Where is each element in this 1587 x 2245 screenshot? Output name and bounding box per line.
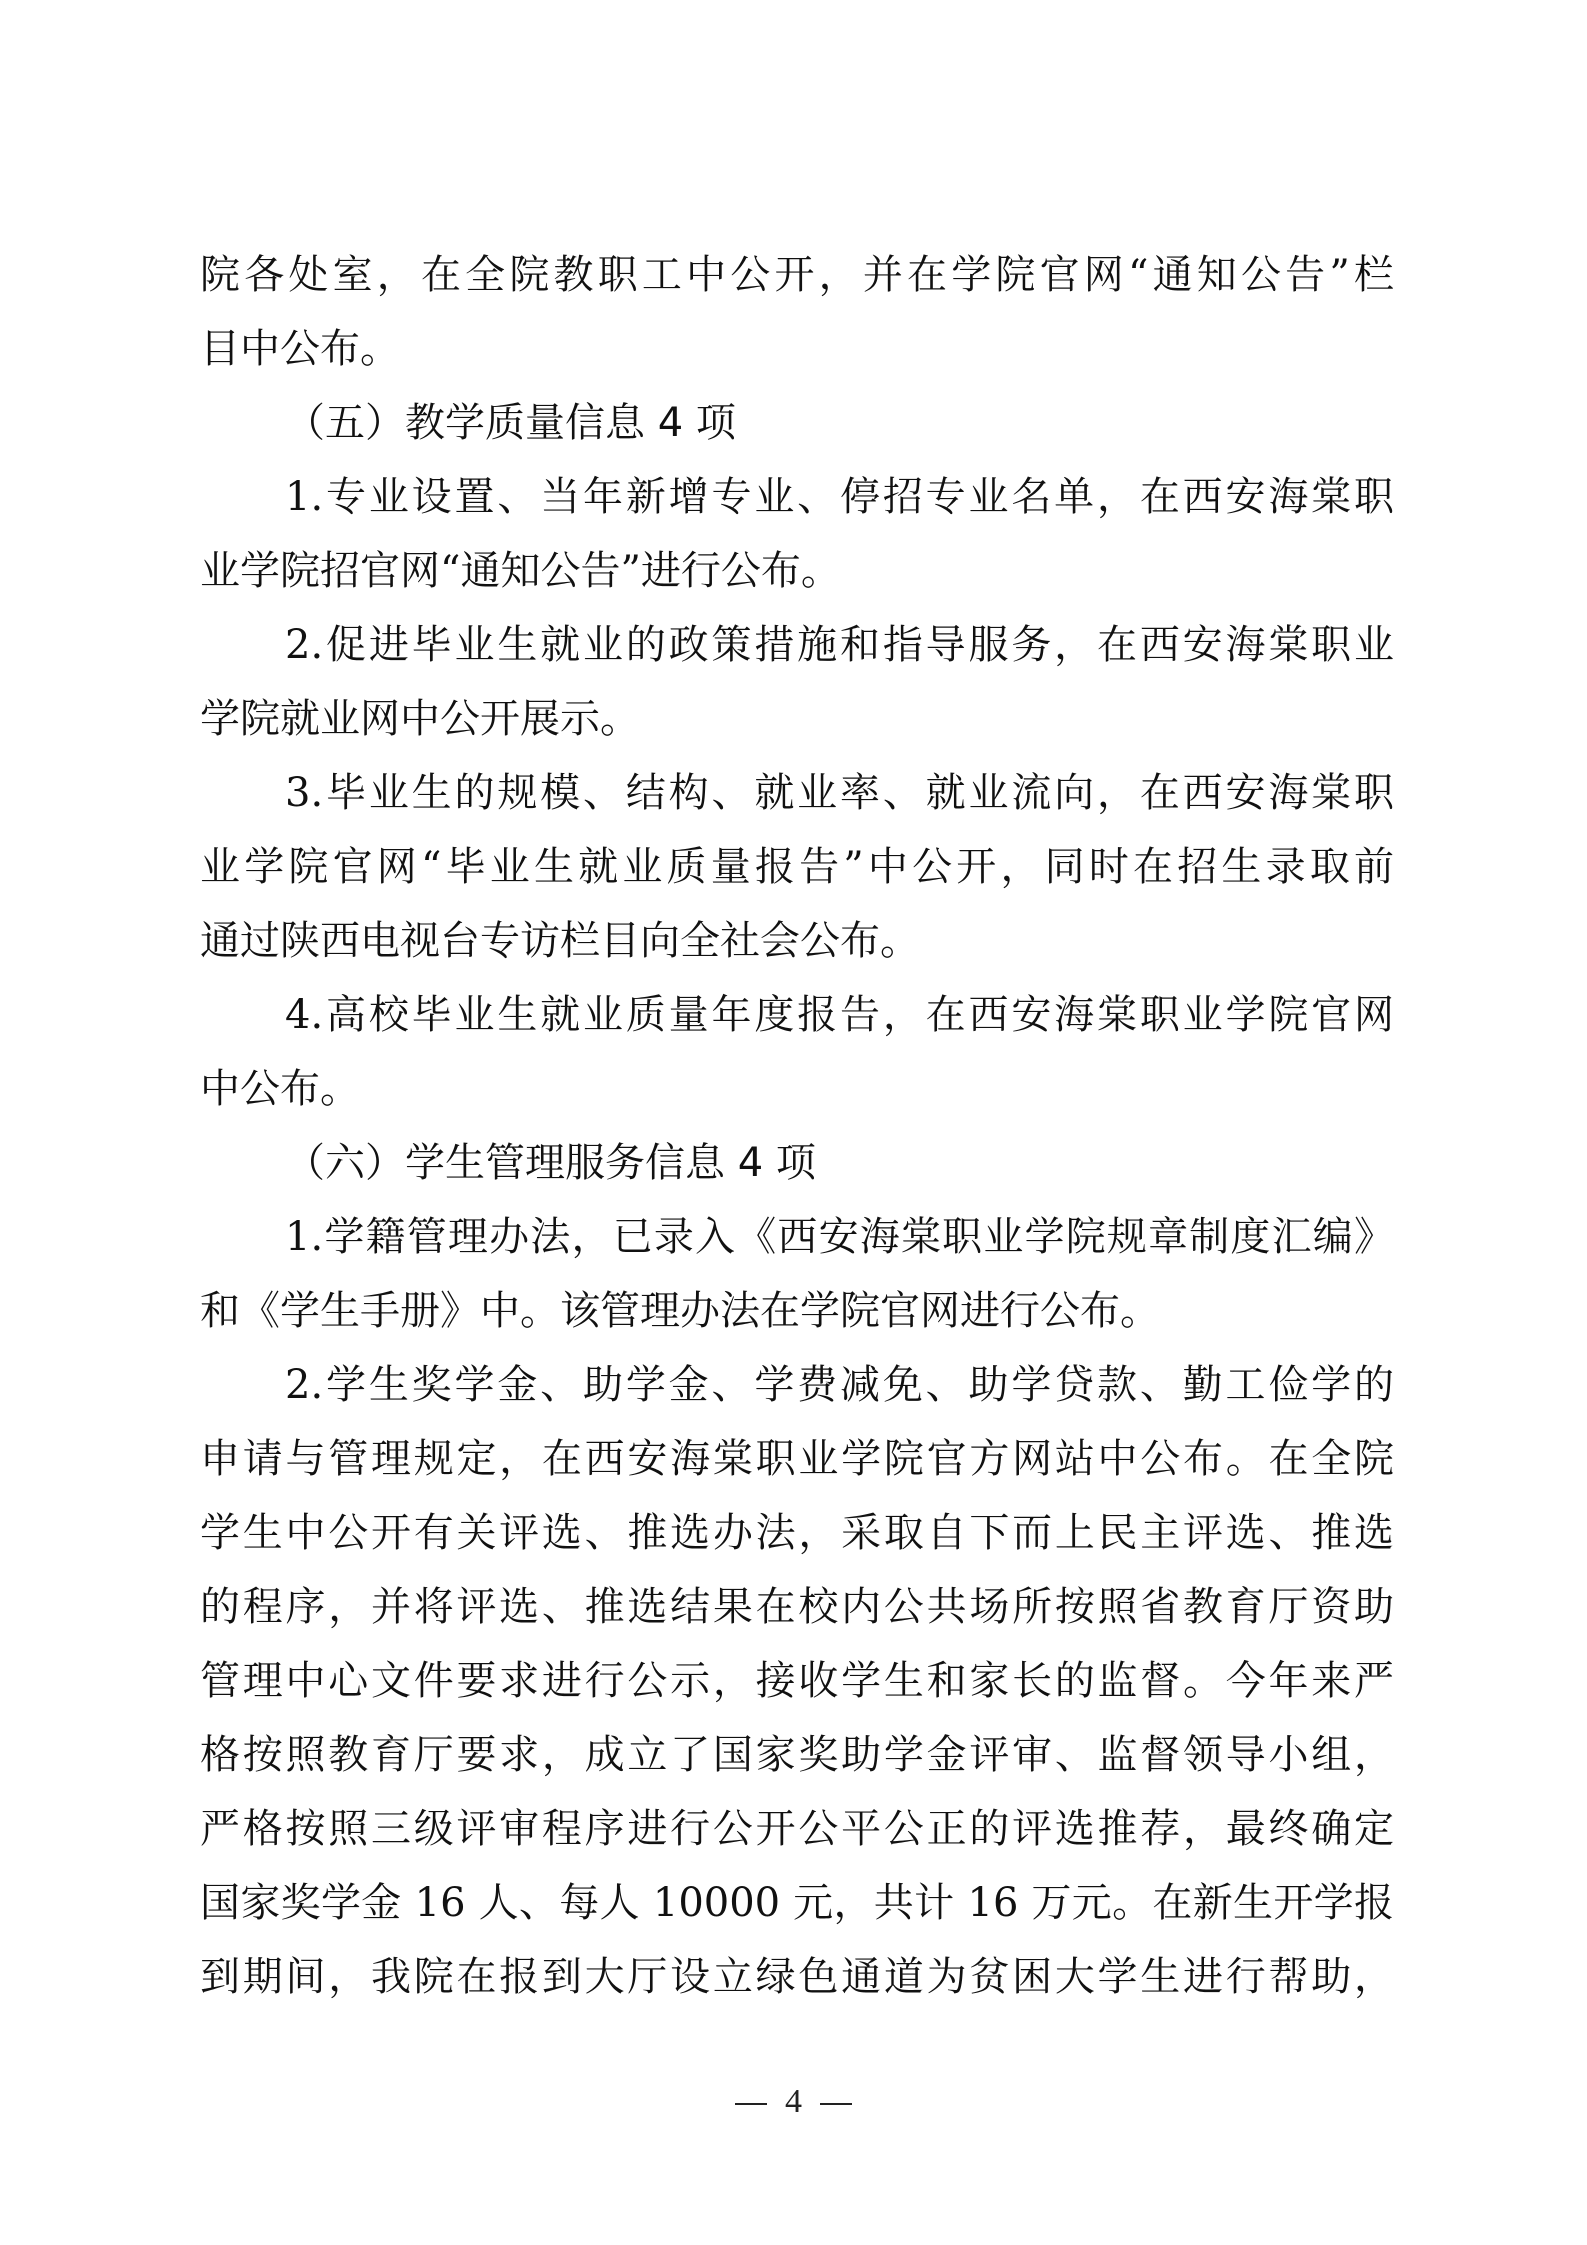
document-body: 院各处室，在全院教职工中公开，并在学院官网“通知公告”栏 目中公布。 （五）教学… [200,238,1394,2014]
dash-right [820,2103,852,2105]
dash-left [735,2103,767,2105]
section-heading-student-services: （六）学生管理服务信息 4 项 [200,1126,1394,1200]
text-line: 和《学生手册》中。该管理办法在学院官网进行公布。 [200,1274,1394,1348]
text-line: 管理中心文件要求进行公示，接收学生和家长的监督。今年来严 [200,1644,1394,1718]
text-line: 中公布。 [200,1052,1394,1126]
text-line: 2.促进毕业生就业的政策措施和指导服务，在西安海棠职业 [200,608,1394,682]
text-line: 3.毕业生的规模、结构、就业率、就业流向，在西安海棠职 [200,756,1394,830]
text-line: 1.专业设置、当年新增专业、停招专业名单，在西安海棠职 [200,460,1394,534]
text-line: 目中公布。 [200,312,1394,386]
text-line: 申请与管理规定，在西安海棠职业学院官方网站中公布。在全院 [200,1422,1394,1496]
text-line: 学生中公开有关评选、推选办法，采取自下而上民主评选、推选 [200,1496,1394,1570]
text-line: 业学院招官网“通知公告”进行公布。 [200,534,1394,608]
text-line: 通过陕西电视台专访栏目向全社会公布。 [200,904,1394,978]
text-line: 4.高校毕业生就业质量年度报告，在西安海棠职业学院官网 [200,978,1394,1052]
text-line: 2.学生奖学金、助学金、学费减免、助学贷款、勤工俭学的 [200,1348,1394,1422]
text-line: 严格按照三级评审程序进行公开公平公正的评选推荐，最终确定 [200,1792,1394,1866]
text-line: 1.学籍管理办法，已录入《西安海棠职业学院规章制度汇编》 [200,1200,1394,1274]
text-line: 的程序，并将评选、推选结果在校内公共场所按照省教育厅资助 [200,1570,1394,1644]
text-line: 国家奖学金 16 人、每人 10000 元，共计 16 万元。在新生开学报 [200,1866,1394,1940]
text-line: 院各处室，在全院教职工中公开，并在学院官网“通知公告”栏 [200,238,1394,312]
text-line: 格按照教育厅要求，成立了国家奖助学金评审、监督领导小组， [200,1718,1394,1792]
text-line: 业学院官网“毕业生就业质量报告”中公开，同时在招生录取前 [200,830,1394,904]
text-line: 学院就业网中公开展示。 [200,682,1394,756]
section-heading-teaching-quality: （五）教学质量信息 4 项 [200,386,1394,460]
page-footer: 4 [0,2083,1587,2121]
page-number: 4 [785,2083,802,2120]
text-line: 到期间，我院在报到大厅设立绿色通道为贫困大学生进行帮助， [200,1940,1394,2014]
